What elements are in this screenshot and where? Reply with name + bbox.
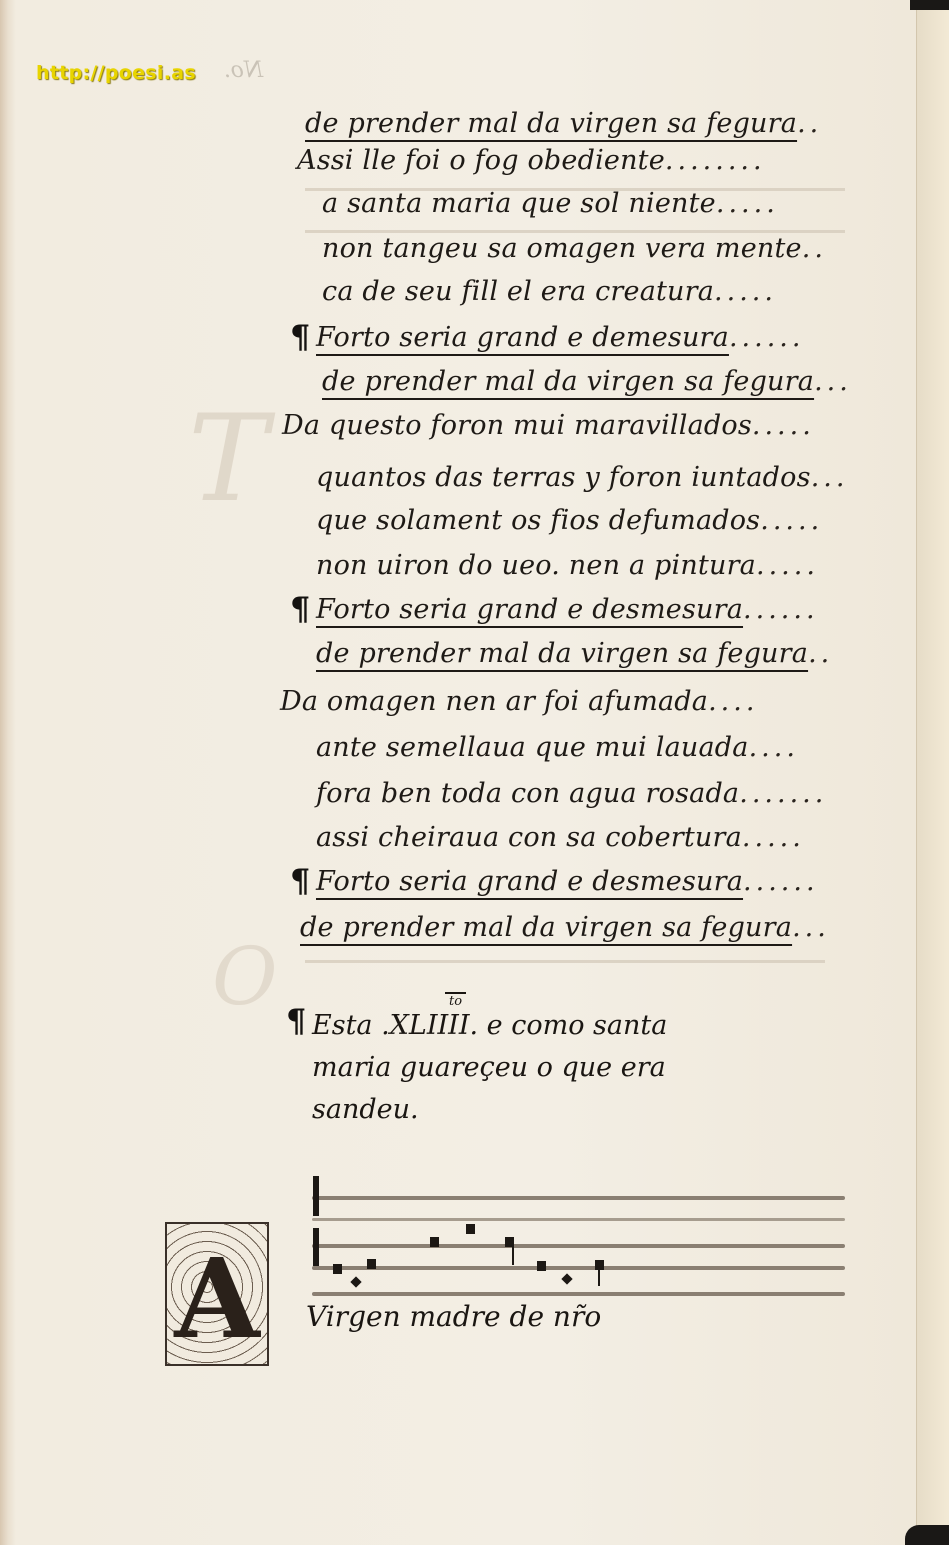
verse-line: non uiron do ueo. nen a pintura..... xyxy=(316,550,819,581)
verse-line: quantos das terras y foron iuntados... xyxy=(316,462,848,493)
illuminated-initial: A xyxy=(165,1222,269,1366)
verse-line: ca de seu fill el era creatura..... xyxy=(322,276,777,307)
folio-number-mirrored: No. xyxy=(224,58,263,83)
neume-note xyxy=(333,1264,342,1274)
refrain-line: Forto seria grand e demesura...... xyxy=(316,322,804,353)
verse-line: a santa maria que sol niente..... xyxy=(322,188,779,219)
verse-line: fora ben toda con agua rosada....... xyxy=(316,778,827,809)
song-lyrics: Virgen madre de nr̃o xyxy=(306,1300,601,1333)
pilcrow-mark: ¶ xyxy=(290,590,310,628)
pilcrow-mark: ¶ xyxy=(290,318,310,356)
rubric-line: Esta .XLIIII. e como santa xyxy=(312,1005,732,1047)
refrain-line: de prender mal da virgen sa fegura... xyxy=(322,366,852,397)
watermark-link[interactable]: http://poesi.as xyxy=(36,62,196,84)
cantiga-rubric: Esta .XLIIII. e como santa maria guareçe… xyxy=(312,1005,732,1131)
refrain-line: de prender mal da virgen sa fegura... xyxy=(300,912,830,943)
verse-line: assi cheiraua con sa cobertura..... xyxy=(316,822,805,853)
note-stem xyxy=(512,1237,514,1265)
bleed-through-initial-O: O xyxy=(212,930,278,1023)
verse-line: non tangeu sa omagen vera mente.. xyxy=(322,233,827,264)
c-clef-icon xyxy=(313,1176,319,1216)
neume-note xyxy=(466,1224,475,1234)
verse-line: de prender mal da virgen sa fegura.. xyxy=(305,108,822,139)
verse-line: Da questo foron mui maravillados..... xyxy=(282,410,815,441)
verse-line: ante semellaua que mui lauada.... xyxy=(316,732,799,763)
verse-line: Da omagen nen ar foi afumada.... xyxy=(280,686,758,717)
background-dark-corner-bottom xyxy=(905,1525,949,1545)
rubric-line: sandeu. xyxy=(312,1089,732,1131)
refrain-line: de prender mal da virgen sa fegura.. xyxy=(316,638,833,669)
staff-line xyxy=(312,1244,845,1248)
pilcrow-mark: ¶ xyxy=(290,862,310,900)
background-dark-corner-top xyxy=(910,0,949,10)
refrain-line: Forto seria grand e desmesura...... xyxy=(316,866,819,897)
verse-line: Assi lle foi o fog obediente........ xyxy=(297,145,766,176)
staff-line xyxy=(312,1266,845,1270)
verse-line: que solament os fios defumados..... xyxy=(316,505,823,536)
note-stem xyxy=(598,1260,600,1286)
f-clef-icon xyxy=(313,1228,319,1266)
bleed-through-initial-T: T xyxy=(188,390,268,529)
rubric-line: maria guareçeu o que era xyxy=(312,1047,732,1089)
staff-line xyxy=(312,1292,845,1296)
neume-note xyxy=(537,1261,546,1271)
neume-note xyxy=(430,1237,439,1247)
bleed-through-staff xyxy=(305,960,825,963)
neume-note xyxy=(367,1259,376,1269)
adjacent-page-edge xyxy=(916,10,949,1545)
refrain-line: Forto seria grand e desmesura...... xyxy=(316,594,819,625)
initial-letter: A xyxy=(167,1234,267,1363)
staff-line xyxy=(312,1196,845,1200)
staff-line xyxy=(312,1218,845,1221)
rubric-pilcrow: ¶ xyxy=(286,1002,306,1040)
